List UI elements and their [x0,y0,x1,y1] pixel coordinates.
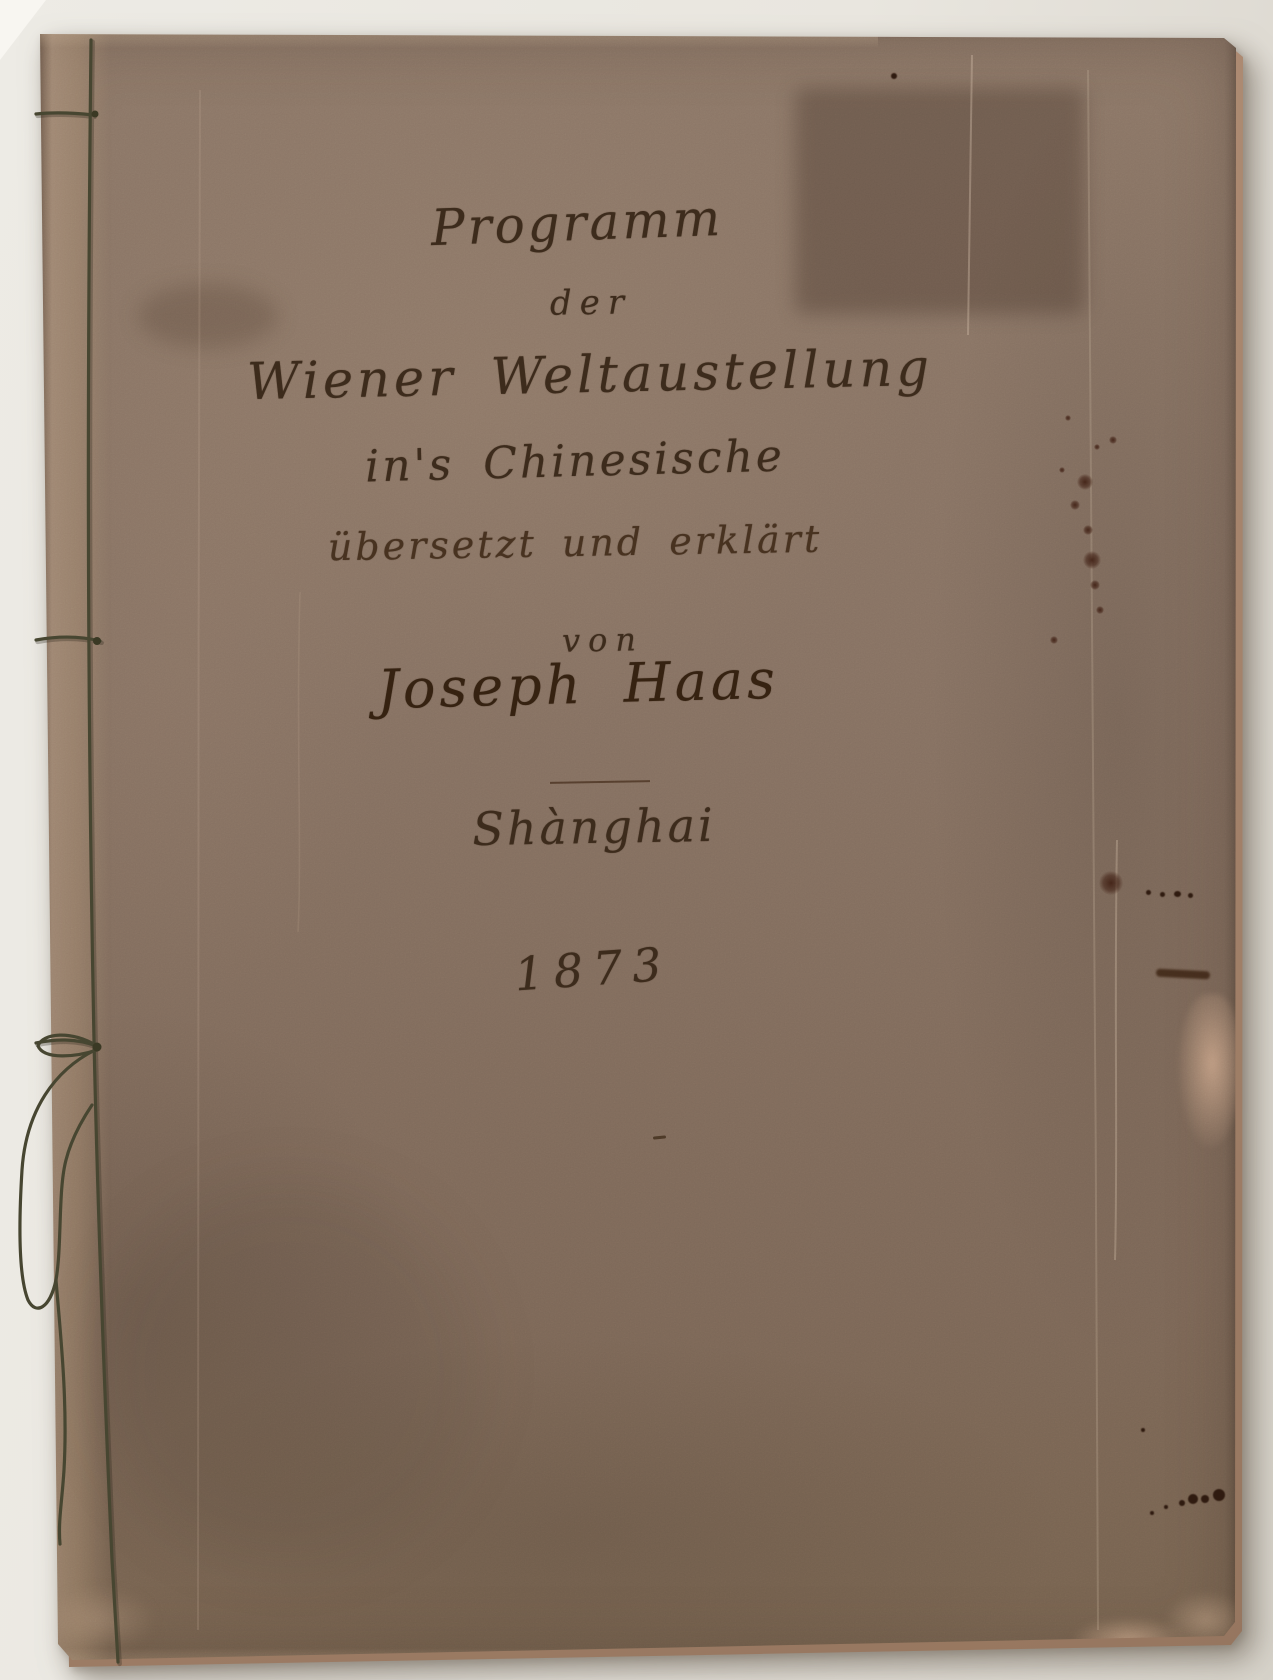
year: 1873 [0,904,1193,1034]
title-line-chinese: in's Chinesische [0,424,1175,499]
ink-dot [1188,893,1193,898]
ink-spot [1070,500,1080,510]
ink-spot [1065,415,1071,421]
ink-dot [1213,1489,1225,1501]
ink-spot [1096,606,1104,614]
handwritten-rule [550,780,650,784]
title-line-exhibition: Wiener Weltaustellung [0,337,1190,413]
worn-corner-bottom-left [44,1588,154,1652]
ink-dot [1150,1511,1154,1515]
ink-blot [1099,871,1123,895]
place-name: Shànghai [0,794,1194,861]
pencil-dash-mark [653,1135,666,1139]
ink-dot [1201,1495,1209,1503]
scanned-document: Programm der Wiener Weltaustellung in's … [0,0,1273,1680]
ink-dot [1146,890,1151,895]
top-edge-wear [38,32,878,48]
ink-spot [1083,551,1101,569]
ink-dot [891,73,897,79]
ink-dot [1179,1500,1185,1506]
ink-dot [1160,892,1165,897]
ink-dot [1141,1428,1145,1432]
smudge-bottom-left [98,1182,478,1562]
title-line-translated: übersetzt und erklärt [0,514,1175,573]
ink-streak [1156,969,1210,980]
worn-patch-right-edge [1178,994,1240,1148]
ink-spot [1090,580,1100,590]
ink-dot [1164,1505,1168,1509]
ink-dot [1174,891,1181,897]
ink-spot [1077,474,1093,490]
title-line-der: der [0,276,1191,331]
ink-dot [1188,1494,1198,1504]
book-block: Programm der Wiener Weltaustellung in's … [0,0,1273,1680]
book-cover: Programm der Wiener Weltaustellung in's … [38,32,1238,1660]
